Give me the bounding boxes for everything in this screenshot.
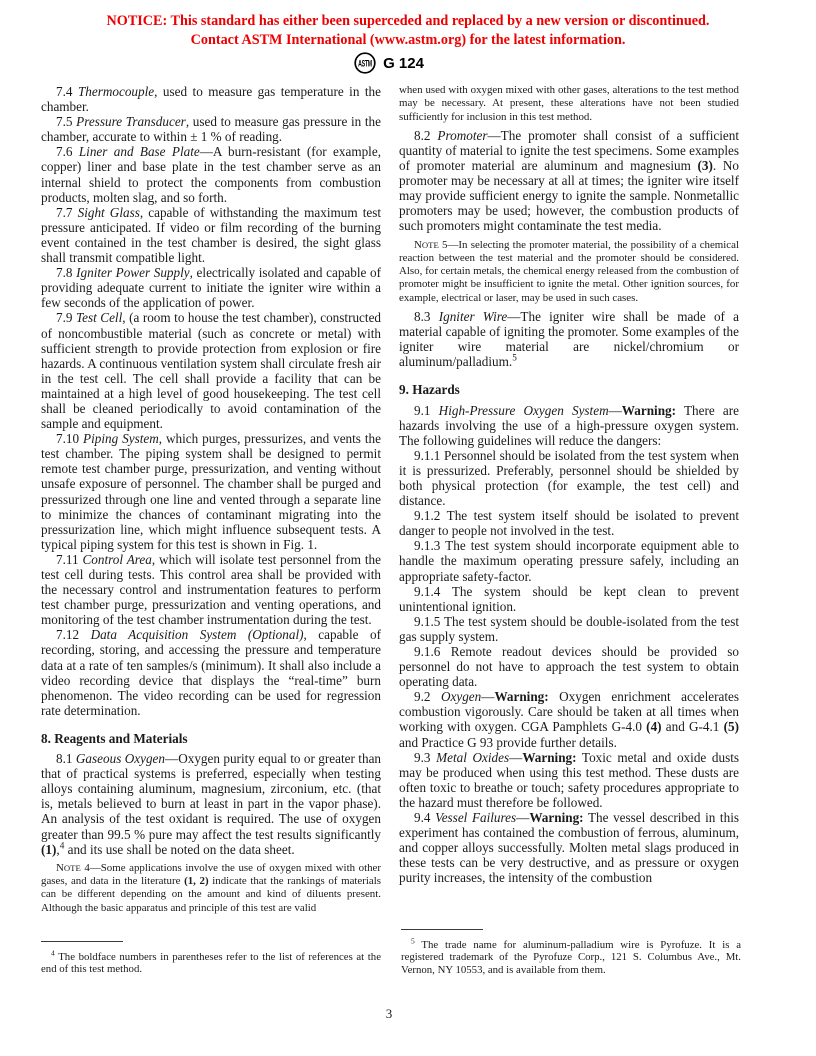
text-segment: 7.5 [56,114,76,129]
paragraph: 7.4 Thermocouple, used to measure gas te… [41,84,381,114]
footnote-rule [401,929,483,930]
text-segment: (3) [698,158,713,173]
document-header: ASTM G 124 [0,51,778,75]
paragraph: 7.10 Piping System, which purges, pressu… [41,431,381,552]
notice-line1: NOTICE: This standard has either been su… [0,12,816,31]
document-page: NOTICE: This standard has either been su… [0,0,816,1056]
text-segment: Promoter [437,128,487,143]
astm-logo-icon: ASTM [354,52,376,74]
text-segment: N [56,862,64,874]
text-segment: , which purges, pressurizes, and vents t… [41,431,381,552]
text-segment: Test Cell [76,310,122,325]
text-segment: High-Pressure Oxygen System [439,403,609,418]
text-segment: 9.2 [414,689,441,704]
text-segment: and Practice G 93 provide further detail… [399,735,617,750]
text-segment: Warning: [522,750,576,765]
text-segment: N [414,239,422,251]
note-paragraph: NOTE 5—In selecting the promoter materia… [399,239,739,305]
text-segment: 9. Hazards [399,382,460,397]
text-segment: Pressure Transducer [76,114,186,129]
paragraph: 9.2 Oxygen—Warning: Oxygen enrichment ac… [399,689,739,749]
text-segment: 7.7 [56,205,78,220]
right-column: when used with oxygen mixed with other g… [399,84,739,886]
text-segment: 7.6 [56,144,79,159]
text-segment: 7.4 [56,84,78,99]
text-segment: 9.1.1 Personnel should be isolated from … [399,448,739,508]
footnote-text: 4 The boldface numbers in parentheses re… [41,951,381,976]
paragraph: 9.4 Vessel Failures—Warning: The vessel … [399,810,739,885]
text-segment: 9.1 [414,403,439,418]
paragraph: 9.1 High-Pressure Oxygen System—Warning:… [399,403,739,448]
text-segment: Piping System [83,431,159,446]
supersession-notice: NOTICE: This standard has either been su… [0,12,816,50]
text-segment: OTE [422,240,439,250]
text-segment: — [509,750,522,765]
text-segment: 7.8 [56,265,76,280]
text-segment: Warning: [622,403,676,418]
footnote-rule [41,941,123,942]
footnote-marker: 4 [51,948,55,957]
text-segment: Igniter Power Supply [76,265,190,280]
text-segment: Liner and Base Plate [79,144,200,159]
text-segment: , (a room to house the test chamber), co… [41,310,381,431]
text-segment: 9.1.5 The test system should be double-i… [399,614,739,644]
section-heading: 9. Hazards [399,382,739,397]
text-segment: 8.3 [414,309,439,324]
paragraph: 7.7 Sight Glass, capable of withstanding… [41,205,381,265]
text-segment: 5 [512,353,517,363]
text-segment: Sight Glass [78,205,140,220]
text-segment: 7.9 [56,310,76,325]
text-segment: 9.1.2 The test system itself should be i… [399,508,739,538]
text-segment: Control Area [83,552,152,567]
text-segment: 9.1.4 The system should be kept clean to… [399,584,739,614]
astm-logo-text: ASTM [358,58,372,69]
text-segment: Warning: [529,810,583,825]
paragraph: 9.1.6 Remote readout devices should be p… [399,644,739,689]
text-segment: Oxygen [441,689,481,704]
paragraph: 9.3 Metal Oxides—Warning: Toxic metal an… [399,750,739,810]
note-paragraph: when used with oxygen mixed with other g… [399,84,739,124]
text-segment: when used with oxygen mixed with other g… [399,84,739,123]
text-segment: (4) [646,719,661,734]
text-segment: 8. Reagents and Materials [41,731,188,746]
standard-designation: G 124 [383,55,424,72]
footnote-marker: 5 [411,936,415,945]
text-segment: (5) [724,719,739,734]
paragraph: 9.1.5 The test system should be double-i… [399,614,739,644]
footnote-right: 5 The trade name for aluminum-palladium … [401,929,741,976]
text-segment: 7.11 [56,552,83,567]
paragraph: 7.8 Igniter Power Supply, electrically i… [41,265,381,310]
text-segment: (1) [41,842,56,857]
note-paragraph: NOTE 4—Some applications involve the use… [41,862,381,915]
text-segment: — [481,689,494,704]
text-segment: Data Acquisition System (Optional) [91,627,304,642]
paragraph: 9.1.2 The test system itself should be i… [399,508,739,538]
paragraph: 9.1.3 The test system should incorporate… [399,538,739,583]
footnote-text: 5 The trade name for aluminum-palladium … [401,939,741,976]
text-segment: 9.1.6 Remote readout devices should be p… [399,644,739,689]
paragraph: 7.5 Pressure Transducer, used to measure… [41,114,381,144]
text-segment: (1, 2) [184,875,209,887]
notice-line2: Contact ASTM International (www.astm.org… [0,31,816,50]
paragraph: 7.11 Control Area, which will isolate te… [41,552,381,627]
text-segment: OTE [64,863,81,873]
text-segment: 9.1.3 The test system should incorporate… [399,538,739,583]
paragraph: 9.1.4 The system should be kept clean to… [399,584,739,614]
text-segment: Warning: [494,689,548,704]
text-segment: — [516,810,529,825]
text-segment: 7.12 [56,627,91,642]
left-column: 7.4 Thermocouple, used to measure gas te… [41,84,381,919]
text-segment: Igniter Wire [439,309,508,324]
text-segment: 5—In selecting the promoter material, th… [399,239,739,304]
text-segment: and G-4.1 [662,719,724,734]
text-segment: Metal Oxides [436,750,509,765]
text-segment: 9.3 [414,750,436,765]
text-segment: Gaseous Oxygen [76,751,165,766]
text-segment: Thermocouple [78,84,154,99]
text-segment: Vessel Failures [435,810,516,825]
section-heading: 8. Reagents and Materials [41,731,381,746]
text-segment: and its use shall be noted on the data s… [64,842,294,857]
text-segment: 9.4 [414,810,435,825]
text-segment: 8.1 [56,751,76,766]
text-segment: 7.10 [56,431,83,446]
paragraph: 7.6 Liner and Base Plate—A burn-resistan… [41,144,381,204]
paragraph: 8.2 Promoter—The promoter shall consist … [399,128,739,234]
paragraph: 7.12 Data Acquisition System (Optional),… [41,627,381,718]
footnote-left: 4 The boldface numbers in parentheses re… [41,941,381,976]
text-segment: 8.2 [414,128,437,143]
text-segment: — [609,403,622,418]
paragraph: 8.3 Igniter Wire—The igniter wire shall … [399,309,739,369]
paragraph: 8.1 Gaseous Oxygen—Oxygen purity equal t… [41,751,381,857]
paragraph: 9.1.1 Personnel should be isolated from … [399,448,739,508]
page-number: 3 [0,1006,778,1022]
paragraph: 7.9 Test Cell, (a room to house the test… [41,310,381,431]
